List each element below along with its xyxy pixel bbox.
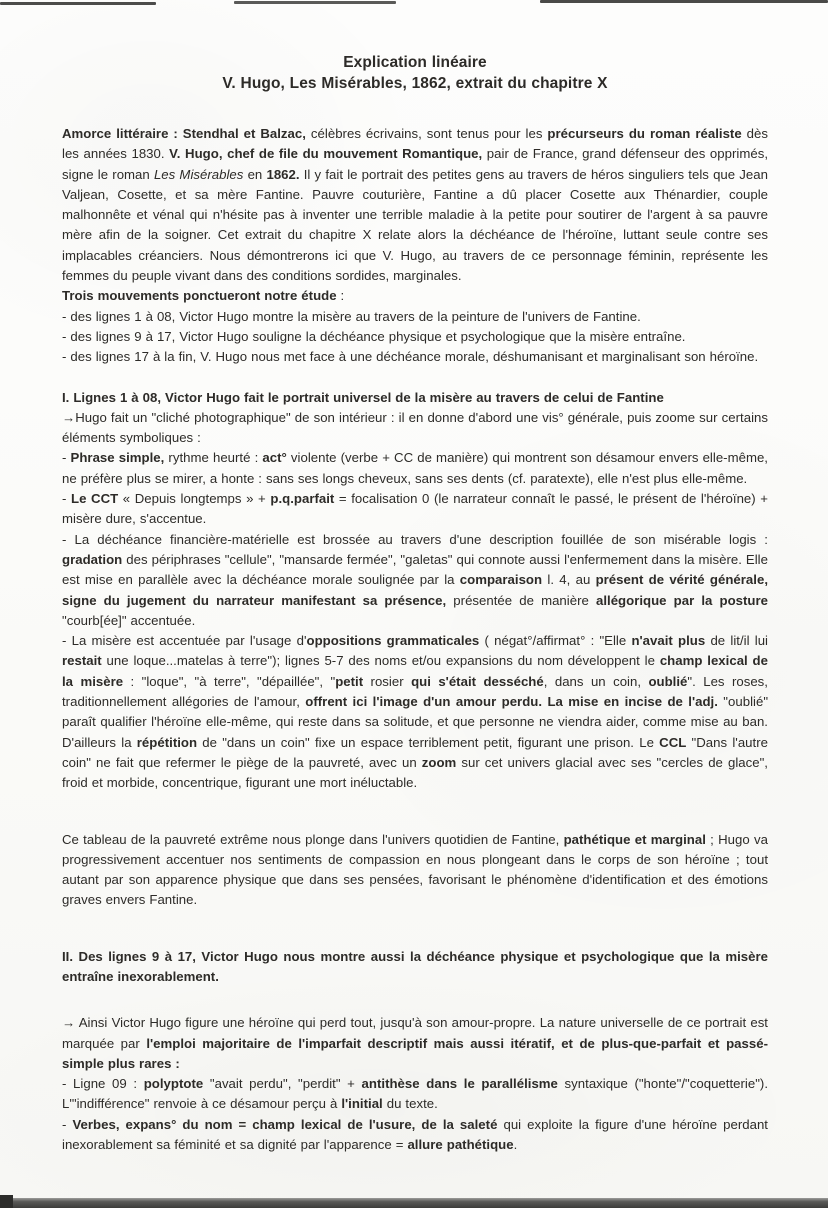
text-run: - La misère est accentuée par l'usage d' bbox=[62, 633, 307, 648]
text-run: Amorce littéraire : Stendhal et Balzac, bbox=[62, 126, 306, 141]
text-run: antithèse dans le parallélisme bbox=[362, 1076, 558, 1091]
paragraph-ligne-09: - Ligne 09 : polyptote "avait perdu", "p… bbox=[62, 1074, 768, 1115]
text-run: de "dans un coin" fixe un espace terribl… bbox=[197, 735, 659, 750]
text-run: présentée de manière bbox=[446, 593, 596, 608]
text-run: - La déchéance financière-matérielle est… bbox=[62, 532, 768, 547]
paragraph-cct: - Le CCT « Depuis longtemps » + p.q.parf… bbox=[62, 489, 768, 530]
text-run: - bbox=[62, 450, 71, 465]
text-run: Les Misérables bbox=[154, 167, 243, 182]
text-run: répétition bbox=[137, 735, 197, 750]
paragraph-verbes: - Verbes, expans° du nom = champ lexical… bbox=[62, 1115, 768, 1156]
text-run: - des lignes 17 à la fin, V. Hugo nous m… bbox=[62, 349, 758, 364]
bullet-mouvement-2: - des lignes 9 à 17, Victor Hugo soulign… bbox=[62, 327, 768, 347]
heading-part-2: II. Des lignes 9 à 17, Victor Hugo nous … bbox=[62, 947, 768, 988]
scan-edge-top-segment bbox=[540, 0, 828, 3]
text-run: →Hugo fait un "cliché photographique" de… bbox=[62, 410, 768, 445]
scanned-document-page: Explication linéaireV. Hugo, Les Misérab… bbox=[0, 0, 828, 1208]
text-run: oublié bbox=[648, 674, 687, 689]
text-run: Ce tableau de la pauvreté extrême nous p… bbox=[62, 832, 564, 847]
text-run: La mise en incise de l'adj. bbox=[547, 694, 717, 709]
paragraph-annonce-plan: Trois mouvements ponctueront notre étude… bbox=[62, 286, 768, 306]
text-run: Verbes, expans° du nom = champ lexical d… bbox=[72, 1117, 497, 1132]
text-run: allure pathétique bbox=[407, 1137, 513, 1152]
paragraph-decheance: - La déchéance financière-matérielle est… bbox=[62, 530, 768, 631]
text-run: oppositions grammaticales bbox=[307, 633, 480, 648]
text-run: précurseurs du roman réaliste bbox=[547, 126, 741, 141]
text-run: - bbox=[62, 1117, 72, 1132]
text-run: ( négat°/affirmat° : "Elle bbox=[479, 633, 631, 648]
heading-part-1: I. Lignes 1 à 08, Victor Hugo fait le po… bbox=[62, 388, 768, 408]
text-run: du texte. bbox=[383, 1096, 438, 1111]
text-run: Le CCT bbox=[71, 491, 118, 506]
text-run: offrent ici l'image d'un amour perdu. bbox=[305, 694, 542, 709]
text-run: de lit/il lui bbox=[705, 633, 768, 648]
text-run: restait bbox=[62, 653, 102, 668]
document-content: Explication linéaireV. Hugo, Les Misérab… bbox=[62, 0, 768, 1155]
text-run: "avait perdu", "perdit" + bbox=[203, 1076, 361, 1091]
text-run: , dans un coin, bbox=[544, 674, 649, 689]
scan-edge-bottom bbox=[0, 1198, 828, 1208]
paragraph-oppositions: - La misère est accentuée par l'usage d'… bbox=[62, 631, 768, 793]
text-run: : "loque", "à terre", "dépaillée", " bbox=[123, 674, 335, 689]
text-run: « Depuis longtemps » + bbox=[118, 491, 270, 506]
paragraph-transition: Ce tableau de la pauvreté extrême nous p… bbox=[62, 830, 768, 911]
text-run: - Ligne 09 : bbox=[62, 1076, 144, 1091]
text-run: rythme heurté : bbox=[164, 450, 262, 465]
paragraph-phrase-simple: - Phrase simple, rythme heurté : act° vi… bbox=[62, 448, 768, 489]
paragraph-cliche: →Hugo fait un "cliché photographique" de… bbox=[62, 408, 768, 449]
text-run: célèbres écrivains, sont tenus pour les bbox=[306, 126, 547, 141]
paragraph-amorce: Amorce littéraire : Stendhal et Balzac, … bbox=[62, 124, 768, 286]
bullet-mouvement-3: - des lignes 17 à la fin, V. Hugo nous m… bbox=[62, 347, 768, 367]
text-run: pathétique et marginal bbox=[564, 832, 706, 847]
text-run: l'initial bbox=[341, 1096, 382, 1111]
text-run: en bbox=[243, 167, 266, 182]
text-run: l. 4, au bbox=[542, 572, 595, 587]
scan-edge-top-segment bbox=[234, 1, 396, 4]
scan-edge-top-segment bbox=[0, 2, 156, 5]
text-run: Phrase simple, bbox=[71, 450, 165, 465]
text-run: une loque...matelas à terre"); lignes 5-… bbox=[102, 653, 660, 668]
document-title-line-2: V. Hugo, Les Misérables, 1862, extrait d… bbox=[62, 73, 768, 94]
text-run: rosier bbox=[363, 674, 411, 689]
text-run: II. Des lignes 9 à 17, Victor Hugo nous … bbox=[62, 949, 768, 984]
document-title-line-1: Explication linéaire bbox=[62, 52, 768, 73]
text-run: - bbox=[62, 491, 71, 506]
paragraph-ainsi: → Ainsi Victor Hugo figure une héroïne q… bbox=[62, 1013, 768, 1074]
text-run: V. Hugo, chef de file du mouvement Roman… bbox=[169, 146, 482, 161]
text-run: Trois mouvements ponctueront notre étude bbox=[62, 288, 337, 303]
scan-edge-bottom-corner bbox=[0, 1195, 13, 1208]
bullet-mouvement-1: - des lignes 1 à 08, Victor Hugo montre … bbox=[62, 307, 768, 327]
text-run: polyptote bbox=[144, 1076, 204, 1091]
text-run: 1862. bbox=[266, 167, 299, 182]
text-run: l'emploi majoritaire de l'imparfait desc… bbox=[62, 1036, 768, 1071]
text-run: - des lignes 1 à 08, Victor Hugo montre … bbox=[62, 309, 641, 324]
text-run: Explication linéaire bbox=[343, 54, 487, 71]
text-run: V. Hugo, Les Misérables, 1862, extrait d… bbox=[222, 75, 607, 92]
text-run: n'avait plus bbox=[631, 633, 705, 648]
text-run: - des lignes 9 à 17, Victor Hugo soulign… bbox=[62, 329, 685, 344]
text-run: : bbox=[337, 288, 345, 303]
text-run: zoom bbox=[422, 755, 457, 770]
text-run: petit bbox=[335, 674, 363, 689]
text-run: comparaison bbox=[460, 572, 542, 587]
text-run: gradation bbox=[62, 552, 122, 567]
text-run: I. Lignes 1 à 08, Victor Hugo fait le po… bbox=[62, 390, 664, 405]
text-run: "courb[ée]" accentuée. bbox=[62, 613, 195, 628]
text-run: CCL bbox=[659, 735, 686, 750]
text-run: act° bbox=[262, 450, 286, 465]
text-run: p.q.parfait bbox=[270, 491, 334, 506]
text-run: . bbox=[514, 1137, 518, 1152]
text-run: allégorique par la posture bbox=[596, 593, 768, 608]
text-run: Il y fait le portrait des petites gens a… bbox=[62, 167, 768, 283]
text-run: qui s'était desséché bbox=[411, 674, 544, 689]
